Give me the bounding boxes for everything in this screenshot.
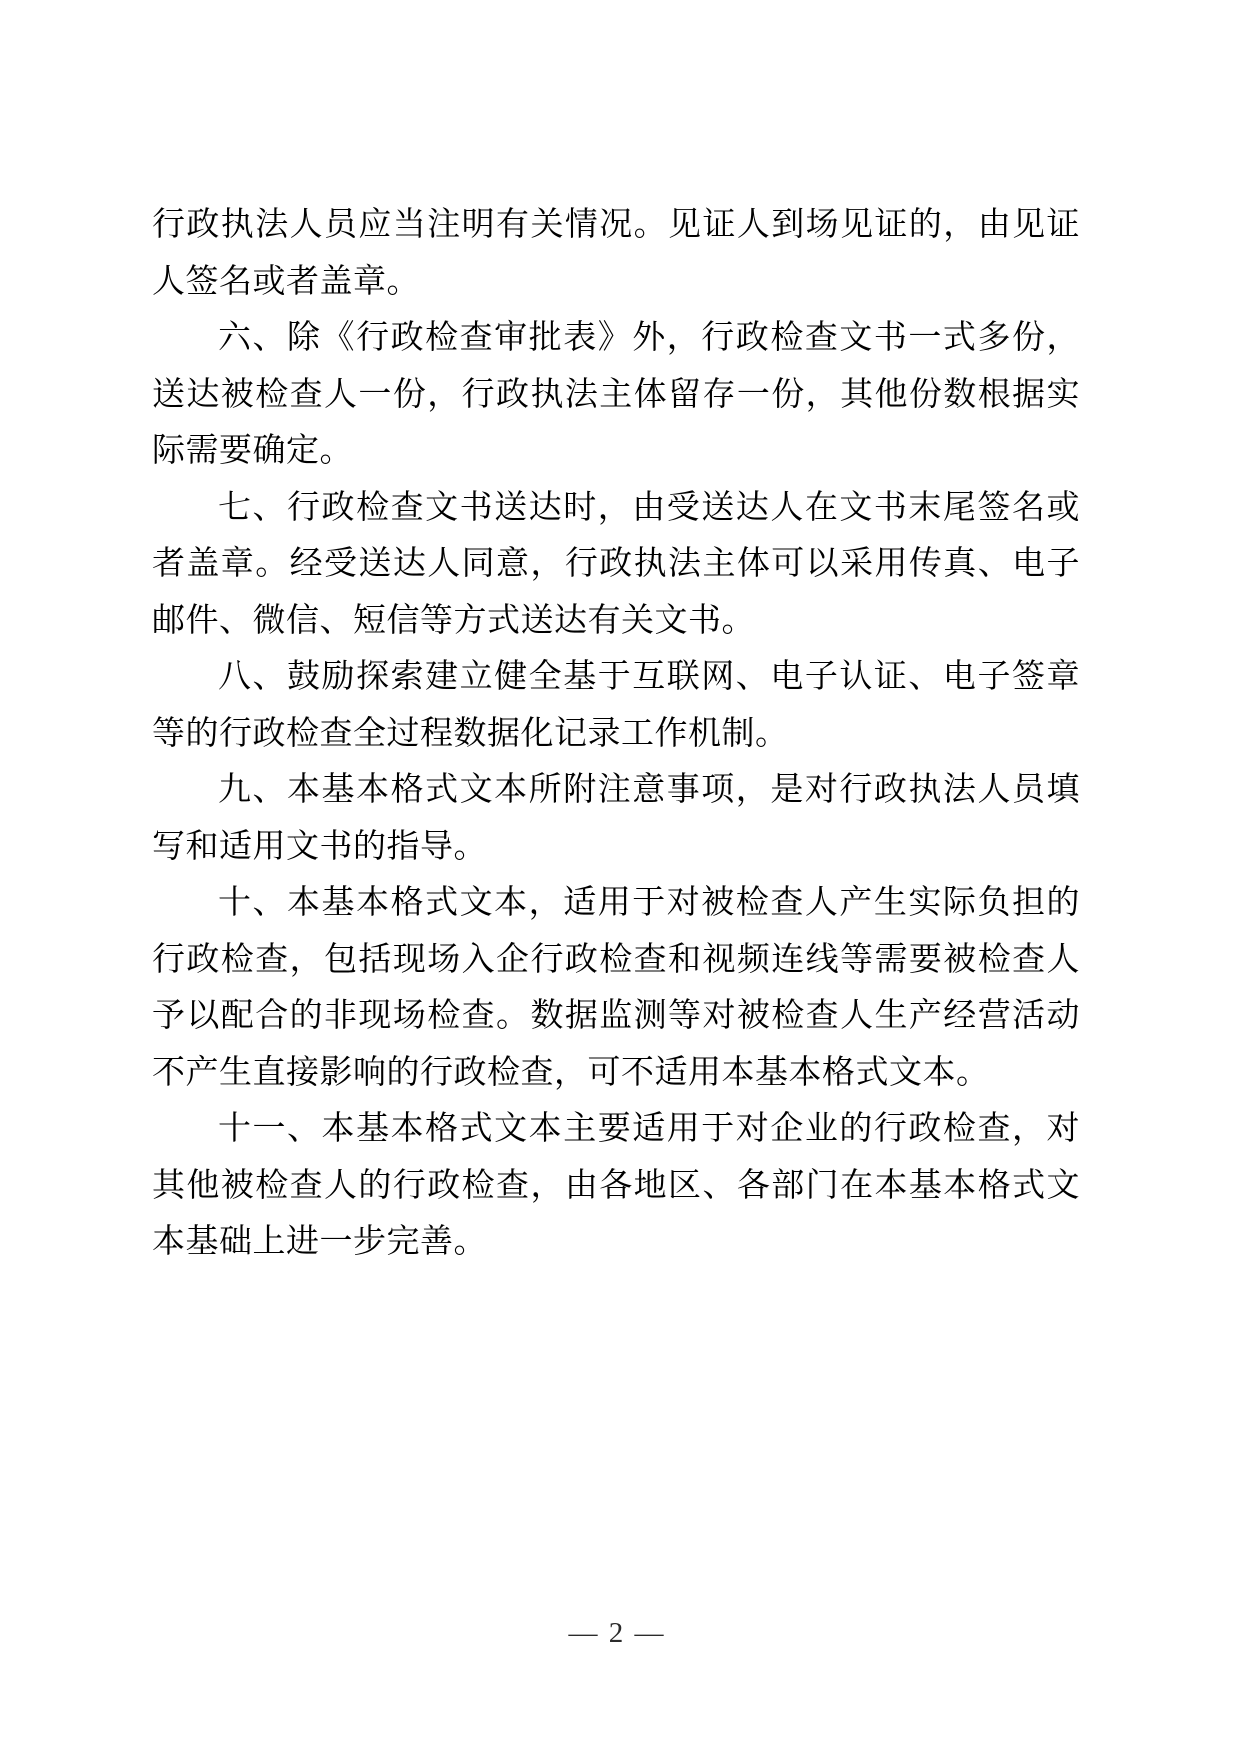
body-paragraph: 十一、本基本格式文本主要适用于对企业的行政检查，对其他被检查人的行政检查，由各地… [152,1101,1080,1271]
document-body: 行政执法人员应当注明有关情况。见证人到场见证的，由见证人签名或者盖章。六、除《行… [152,197,1080,1271]
body-paragraph: 六、除《行政检查审批表》外，行政检查文书一式多份，送达被检查人一份，行政执法主体… [152,310,1080,480]
body-paragraph: 八、鼓励探索建立健全基于互联网、电子认证、电子签章等的行政检查全过程数据化记录工… [152,649,1080,762]
page-footer: — 2 — [0,1616,1234,1650]
document-page: 行政执法人员应当注明有关情况。见证人到场见证的，由见证人签名或者盖章。六、除《行… [0,0,1234,1745]
body-paragraph: 行政执法人员应当注明有关情况。见证人到场见证的，由见证人签名或者盖章。 [152,197,1080,310]
body-paragraph: 七、行政检查文书送达时，由受送达人在文书末尾签名或者盖章。经受送达人同意，行政执… [152,480,1080,650]
body-paragraph: 十、本基本格式文本，适用于对被检查人产生实际负担的行政检查，包括现场入企行政检查… [152,875,1080,1101]
body-paragraph: 九、本基本格式文本所附注意事项，是对行政执法人员填写和适用文书的指导。 [152,762,1080,875]
page-number: — 2 — [569,1617,666,1649]
